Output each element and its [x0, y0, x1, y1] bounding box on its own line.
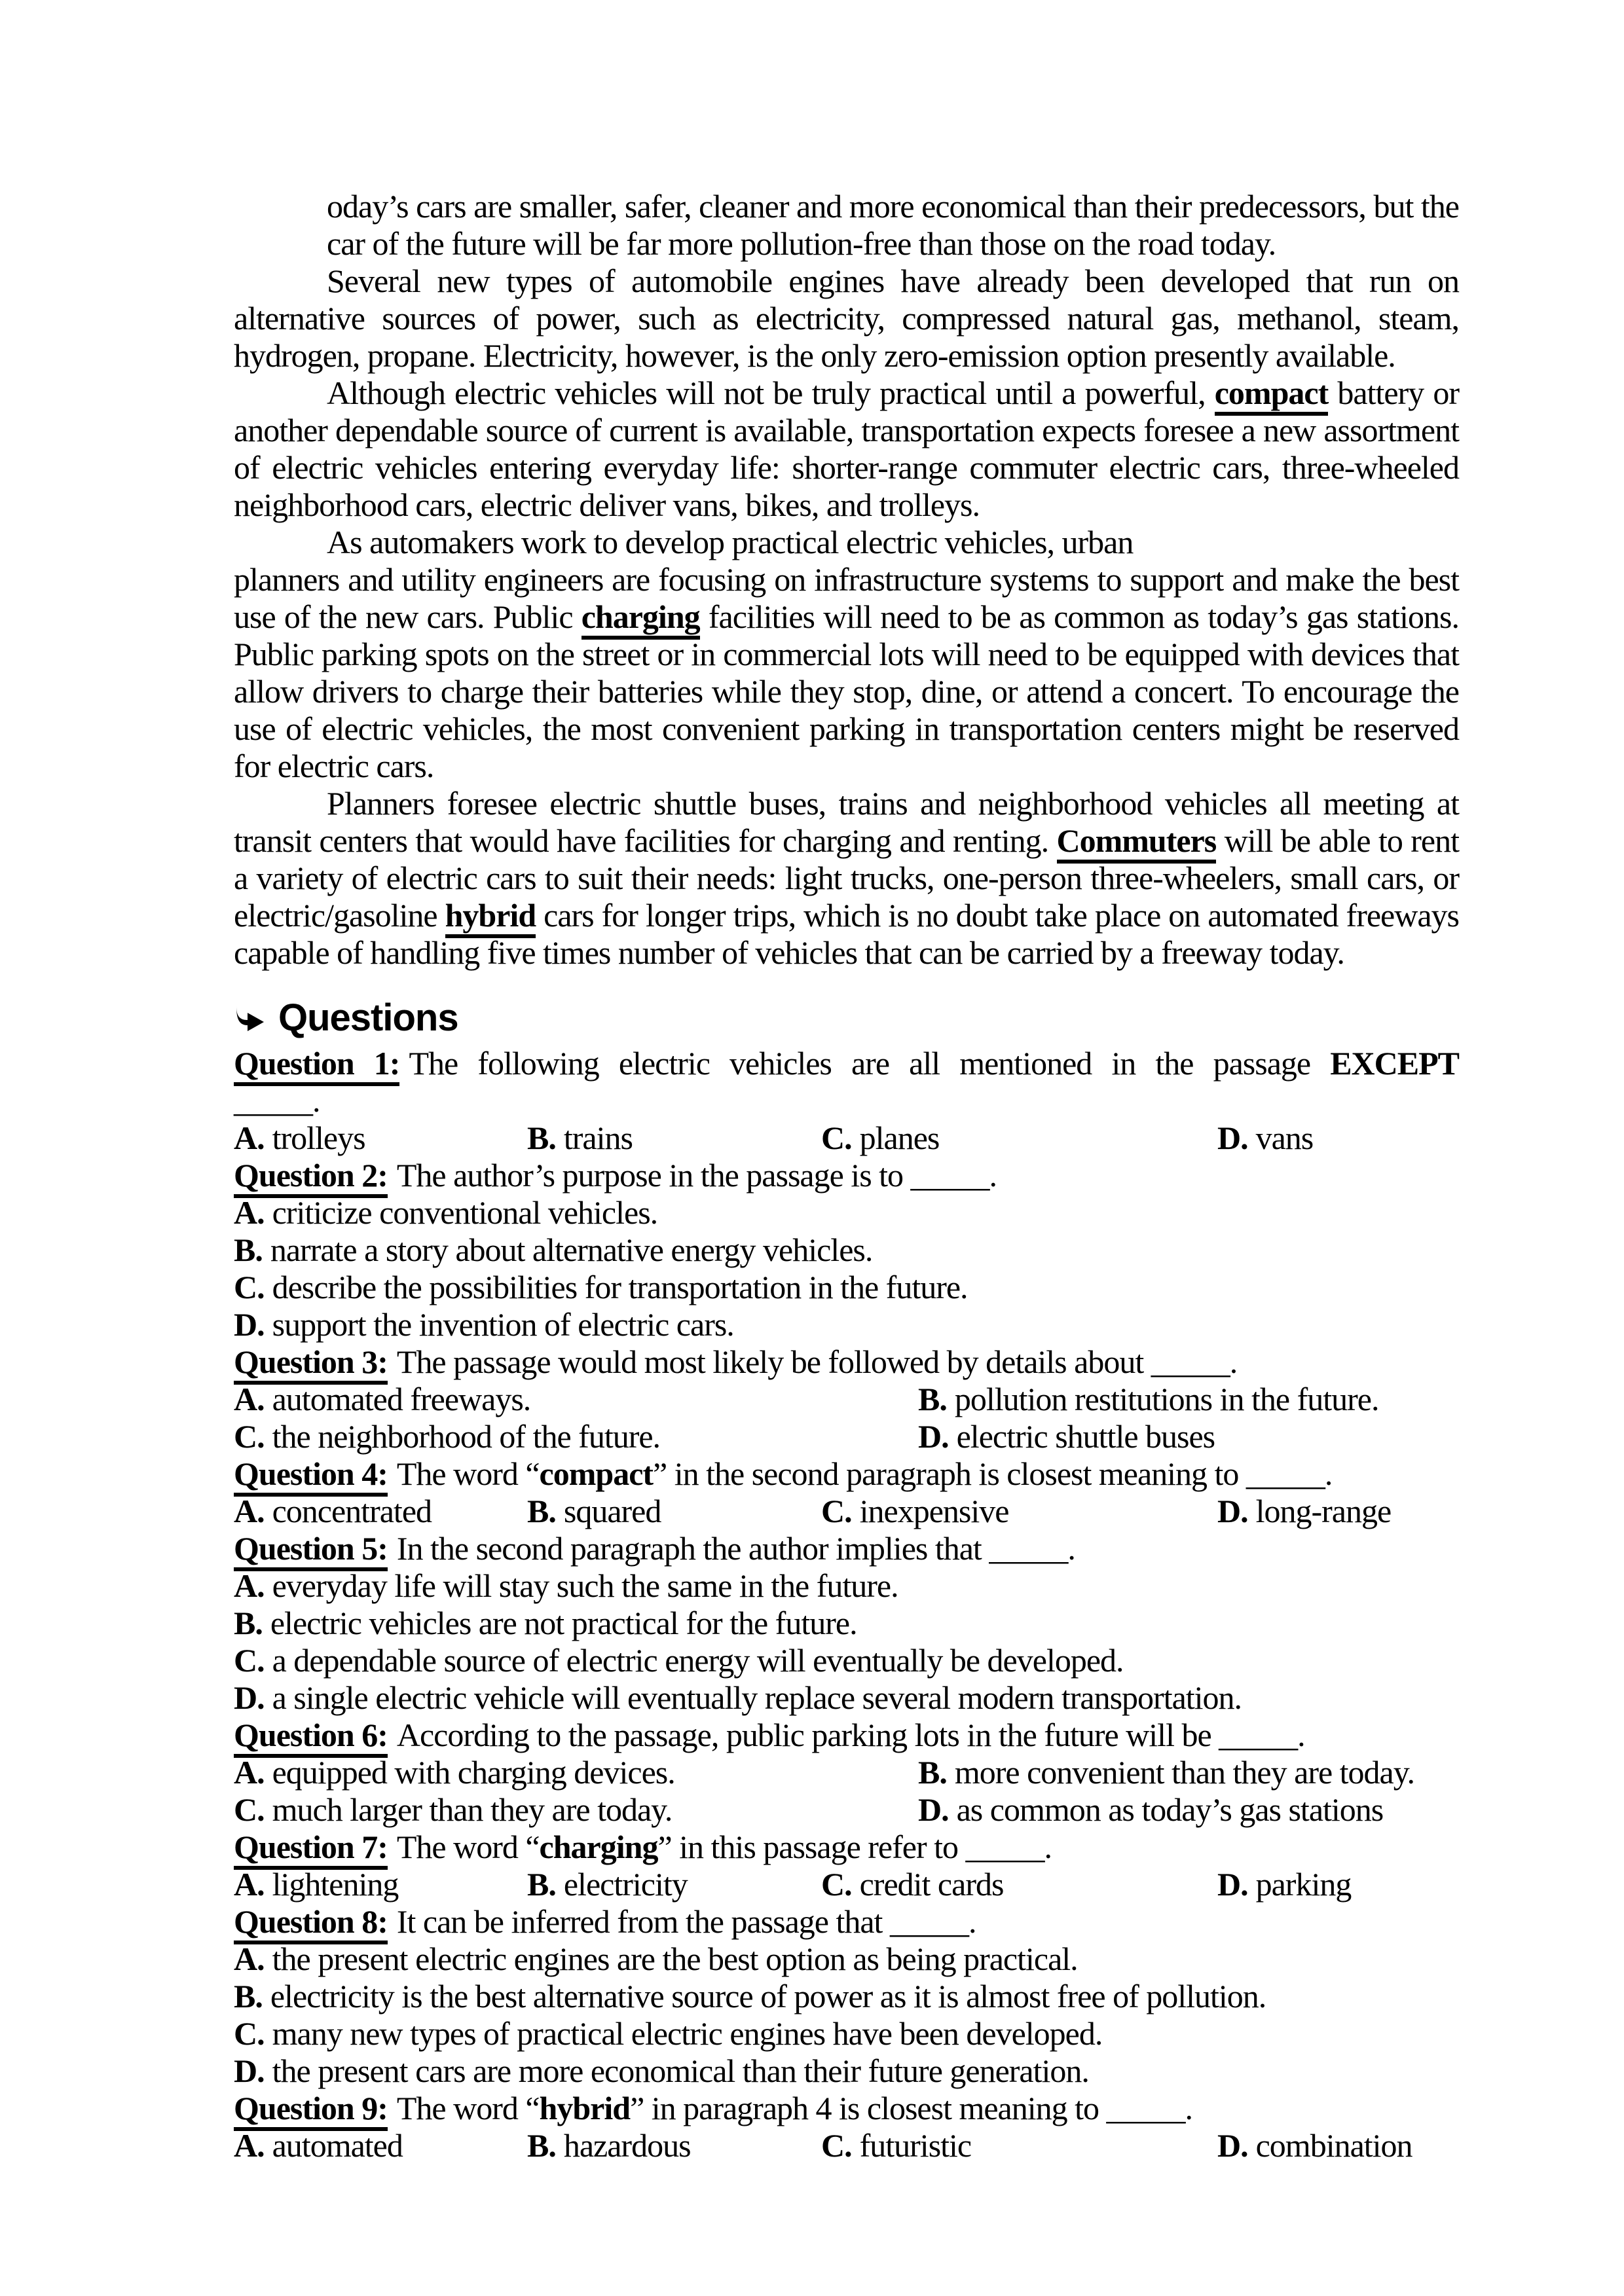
option-letter: C. — [821, 1120, 852, 1156]
question-1-option-c: C.planes — [821, 1120, 939, 1157]
question-2-option-b: B.narrate a story about alternative ener… — [234, 1231, 1459, 1269]
option-text: automated — [272, 2127, 403, 2164]
question-7-option-a: A.lightening — [234, 1866, 398, 1903]
option-text: hazardous — [564, 2127, 691, 2164]
question-7-label: Question 7: — [234, 1829, 388, 1870]
question-8: Question 8:It can be inferred from the p… — [234, 1903, 1459, 2090]
question-5-stem: Question 5:In the second paragraph the a… — [234, 1530, 1459, 1567]
option-letter: C. — [234, 2015, 265, 2052]
option-text: electric vehicles are not practical for … — [270, 1605, 857, 1641]
question-4-options: A.concentrated B.squared C.inexpensive D… — [234, 1493, 1459, 1530]
question-2-stem: Question 2:The author’s purpose in the p… — [234, 1157, 1459, 1194]
stem-text: The word “ — [397, 1455, 540, 1492]
option-text: lightening — [272, 1866, 399, 1903]
option-text: long-range — [1256, 1493, 1392, 1529]
option-letter: B. — [527, 1866, 556, 1903]
document-page: oday’s cars are smaller, safer, cleaner … — [0, 0, 1624, 2164]
option-letter: D. — [234, 1679, 265, 1716]
option-letter: D. — [1217, 1120, 1248, 1156]
question-5-option-c: C.a dependable source of electric energy… — [234, 1642, 1459, 1679]
question-7: Question 7:The word “charging” in this p… — [234, 1829, 1459, 1903]
question-9-option-a: A.automated — [234, 2127, 403, 2164]
question-2: Question 2:The author’s purpose in the p… — [234, 1157, 1459, 1343]
question-3-option-a: A.automated freeways. — [234, 1381, 530, 1418]
option-text: parking — [1256, 1866, 1352, 1903]
passage-paragraph-2: Several new types of automobile engines … — [234, 263, 1459, 374]
option-text: the present electric engines are the bes… — [272, 1941, 1078, 1977]
question-6-label: Question 6: — [234, 1717, 388, 1758]
option-text: describe the possibilities for transport… — [272, 1269, 968, 1305]
question-3-stem: Question 3:The passage would most likely… — [234, 1343, 1459, 1381]
question-5-label: Question 5: — [234, 1530, 388, 1571]
keyword-charging-quoted: charging — [540, 1829, 658, 1865]
option-text: narrate a story about alternative energy… — [270, 1231, 872, 1268]
option-text: combination — [1256, 2127, 1412, 2164]
question-2-label: Question 2: — [234, 1157, 388, 1198]
option-text: vans — [1256, 1120, 1314, 1156]
question-3-options-row-2: C.the neighborhood of the future. D.elec… — [234, 1418, 1459, 1455]
keyword-hybrid-quoted: hybrid — [540, 2090, 631, 2126]
option-text: everyday life will stay such the same in… — [272, 1567, 898, 1604]
question-8-option-d: D.the present cars are more economical t… — [234, 2052, 1459, 2090]
option-letter: B. — [527, 2127, 556, 2164]
question-3-options-row-1: A.automated freeways. B.pollution restit… — [234, 1381, 1459, 1418]
option-letter: C. — [234, 1418, 265, 1455]
option-letter: B. — [234, 1605, 263, 1641]
question-7-stem: Question 7:The word “charging” in this p… — [234, 1829, 1459, 1866]
question-1-options: A.trolleys B.trains C.planes D.vans — [234, 1120, 1459, 1157]
option-text: the present cars are more economical tha… — [272, 2052, 1089, 2089]
question-4-option-d: D.long-range — [1217, 1493, 1391, 1530]
question-1-option-a: A.trolleys — [234, 1120, 365, 1157]
question-6-option-a: A.equipped with charging devices. — [234, 1754, 675, 1791]
option-letter: A. — [234, 1567, 265, 1604]
option-text: trains — [564, 1120, 633, 1156]
questions-section: Question 1:The following electric vehicl… — [234, 1045, 1459, 2164]
option-letter: C. — [234, 1642, 265, 1679]
option-letter: D. — [918, 1418, 949, 1455]
option-text: trolleys — [272, 1120, 365, 1156]
question-5-option-b: B.electric vehicles are not practical fo… — [234, 1605, 1459, 1642]
question-3-label: Question 3: — [234, 1343, 388, 1385]
option-letter: D. — [1217, 1493, 1248, 1529]
option-text: credit cards — [860, 1866, 1004, 1903]
question-7-options: A.lightening B.electricity C.credit card… — [234, 1866, 1459, 1903]
question-2-option-a: A.criticize conventional vehicles. — [234, 1194, 1459, 1231]
question-9-option-d: D.combination — [1217, 2127, 1412, 2164]
question-4-stem: Question 4:The word “compact” in the sec… — [234, 1455, 1459, 1493]
question-5-option-a: A.everyday life will stay such the same … — [234, 1567, 1459, 1605]
option-letter: A. — [234, 1381, 265, 1417]
option-text: a dependable source of electric energy w… — [272, 1642, 1124, 1679]
reading-passage: oday’s cars are smaller, safer, cleaner … — [234, 188, 1459, 972]
question-6-stem: Question 6:According to the passage, pub… — [234, 1717, 1459, 1754]
question-9-label: Question 9: — [234, 2090, 388, 2131]
option-letter: D. — [1217, 1866, 1248, 1903]
question-6-option-b: B.more convenient than they are today. — [918, 1754, 1414, 1791]
option-letter: D. — [234, 1306, 265, 1343]
question-8-option-b: B.electricity is the best alternative so… — [234, 1978, 1459, 2015]
question-3: Question 3:The passage would most likely… — [234, 1343, 1459, 1455]
option-text: electricity — [564, 1866, 688, 1903]
option-text: many new types of practical electric eng… — [272, 2015, 1103, 2052]
keyword-compact: compact — [1215, 374, 1329, 416]
option-text: planes — [860, 1120, 940, 1156]
option-letter: D. — [918, 1791, 949, 1828]
option-letter: B. — [527, 1493, 556, 1529]
option-text: equipped with charging devices. — [272, 1754, 675, 1791]
question-1: Question 1:The following electric vehicl… — [234, 1045, 1459, 1157]
option-letter: B. — [918, 1381, 947, 1417]
option-letter: C. — [234, 1269, 265, 1305]
question-6-options-row-1: A.equipped with charging devices. B.more… — [234, 1754, 1459, 1791]
keyword-compact-quoted: compact — [540, 1455, 654, 1492]
option-text: electric shuttle buses — [957, 1418, 1215, 1455]
option-letter: B. — [234, 1978, 263, 2014]
option-text: electricity is the best alternative sour… — [270, 1978, 1266, 2014]
option-text: a single electric vehicle will eventuall… — [272, 1679, 1242, 1716]
question-4-option-a: A.concentrated — [234, 1493, 432, 1530]
stem-text: It can be inferred from the passage that… — [397, 1903, 976, 1940]
option-letter: B. — [527, 1120, 556, 1156]
stem-text: ” in paragraph 4 is closest meaning to _… — [630, 2090, 1192, 2126]
option-letter: A. — [234, 1120, 265, 1156]
option-letter: D. — [1217, 2127, 1248, 2164]
keyword-charging: charging — [581, 598, 700, 640]
keyword-hybrid: hybrid — [445, 897, 536, 938]
paragraph-text: Several new types of automobile engines … — [234, 263, 1459, 374]
stem-text: ” in the second paragraph is closest mea… — [653, 1455, 1332, 1492]
stem-text: The author’s purpose in the passage is t… — [397, 1157, 997, 1194]
stem-text: ” in this passage refer to _____. — [657, 1829, 1052, 1865]
question-6: Question 6:According to the passage, pub… — [234, 1717, 1459, 1829]
paragraph-text: Although electric vehicles will not be t… — [327, 374, 1215, 411]
option-text: pollution restitutions in the future. — [955, 1381, 1379, 1417]
option-letter: C. — [821, 2127, 852, 2164]
question-3-option-b: B.pollution restitutions in the future. — [918, 1381, 1379, 1418]
option-letter: D. — [234, 2052, 265, 2089]
question-1-blank: _____. — [234, 1082, 1459, 1120]
option-letter: B. — [918, 1754, 947, 1791]
question-4: Question 4:The word “compact” in the sec… — [234, 1455, 1459, 1530]
question-5-option-d: D.a single electric vehicle will eventua… — [234, 1679, 1459, 1717]
stem-text: The word “ — [397, 1829, 540, 1865]
option-text: support the invention of electric cars. — [272, 1306, 734, 1343]
question-9-option-c: C.futuristic — [821, 2127, 971, 2164]
question-8-option-c: C.many new types of practical electric e… — [234, 2015, 1459, 2052]
question-9: Question 9:The word “hybrid” in paragrap… — [234, 2090, 1459, 2164]
option-letter: A. — [234, 2127, 265, 2164]
question-4-label: Question 4: — [234, 1455, 388, 1497]
question-3-option-c: C.the neighborhood of the future. — [234, 1418, 660, 1455]
option-text: much larger than they are today. — [272, 1791, 673, 1828]
option-letter: C. — [821, 1493, 852, 1529]
question-2-option-c: C.describe the possibilities for transpo… — [234, 1269, 1459, 1306]
question-8-label: Question 8: — [234, 1903, 388, 1944]
question-7-option-d: D.parking — [1217, 1866, 1351, 1903]
passage-paragraph-4: As automakers work to develop practical … — [234, 524, 1459, 785]
keyword-except: EXCEPT — [1330, 1045, 1459, 1082]
question-2-option-d: D.support the invention of electric cars… — [234, 1306, 1459, 1343]
question-4-option-c: C.inexpensive — [821, 1493, 1008, 1530]
question-6-option-d: D.as common as today’s gas stations — [918, 1791, 1383, 1829]
question-1-stem: Question 1:The following electric vehicl… — [234, 1045, 1459, 1082]
dropcap-space — [234, 188, 327, 261]
option-text: squared — [564, 1493, 661, 1529]
passage-paragraph-1: oday’s cars are smaller, safer, cleaner … — [234, 188, 1459, 263]
question-7-option-c: C.credit cards — [821, 1866, 1003, 1903]
question-1-option-b: B.trains — [527, 1120, 633, 1157]
passage-paragraph-5: Planners foresee electric shuttle buses,… — [234, 785, 1459, 972]
option-letter: A. — [234, 1194, 265, 1231]
paragraph-text: As automakers work to develop practical … — [327, 524, 1133, 560]
option-text: criticize conventional vehicles. — [272, 1194, 658, 1231]
option-letter: C. — [234, 1791, 265, 1828]
paragraph-text: oday’s cars are smaller, safer, cleaner … — [327, 188, 1459, 262]
option-letter: A. — [234, 1754, 265, 1791]
question-5: Question 5:In the second paragraph the a… — [234, 1530, 1459, 1717]
option-letter: A. — [234, 1866, 265, 1903]
option-text: as common as today’s gas stations — [957, 1791, 1384, 1828]
question-9-stem: Question 9:The word “hybrid” in paragrap… — [234, 2090, 1459, 2127]
stem-text: The passage would most likely be followe… — [397, 1343, 1237, 1380]
question-1-option-d: D.vans — [1217, 1120, 1313, 1157]
question-6-option-c: C.much larger than they are today. — [234, 1791, 672, 1829]
option-text: inexpensive — [860, 1493, 1009, 1529]
stem-text: In the second paragraph the author impli… — [397, 1530, 1075, 1567]
question-4-option-b: B.squared — [527, 1493, 661, 1530]
option-letter: B. — [234, 1231, 263, 1268]
question-9-options: A.automated B.hazardous C.futuristic D.c… — [234, 2127, 1459, 2164]
questions-header-label: Questions — [278, 996, 458, 1040]
question-1-label: Question 1: — [234, 1045, 399, 1086]
option-letter: A. — [234, 1493, 265, 1529]
question-8-stem: Question 8:It can be inferred from the p… — [234, 1903, 1459, 1941]
option-letter: C. — [821, 1866, 852, 1903]
option-text: more convenient than they are today. — [955, 1754, 1414, 1791]
stem-text: The word “ — [397, 2090, 540, 2126]
option-text: futuristic — [860, 2127, 972, 2164]
passage-paragraph-3: Although electric vehicles will not be t… — [234, 374, 1459, 524]
option-text: concentrated — [272, 1493, 432, 1529]
keyword-commuters: Commuters — [1057, 822, 1217, 864]
question-6-options-row-2: C.much larger than they are today. D.as … — [234, 1791, 1459, 1829]
option-text: automated freeways. — [272, 1381, 531, 1417]
questions-header: Questions — [234, 996, 1459, 1040]
option-letter: A. — [234, 1941, 265, 1977]
stem-text: According to the passage, public parking… — [397, 1717, 1305, 1753]
stem-text: The following electric vehicles are all … — [409, 1045, 1330, 1082]
question-9-option-b: B.hazardous — [527, 2127, 691, 2164]
question-7-option-b: B.electricity — [527, 1866, 688, 1903]
question-8-option-a: A.the present electric engines are the b… — [234, 1941, 1459, 1978]
curved-arrow-icon — [234, 1005, 265, 1031]
option-text: the neighborhood of the future. — [272, 1418, 660, 1455]
question-3-option-d: D.electric shuttle buses — [918, 1418, 1215, 1455]
